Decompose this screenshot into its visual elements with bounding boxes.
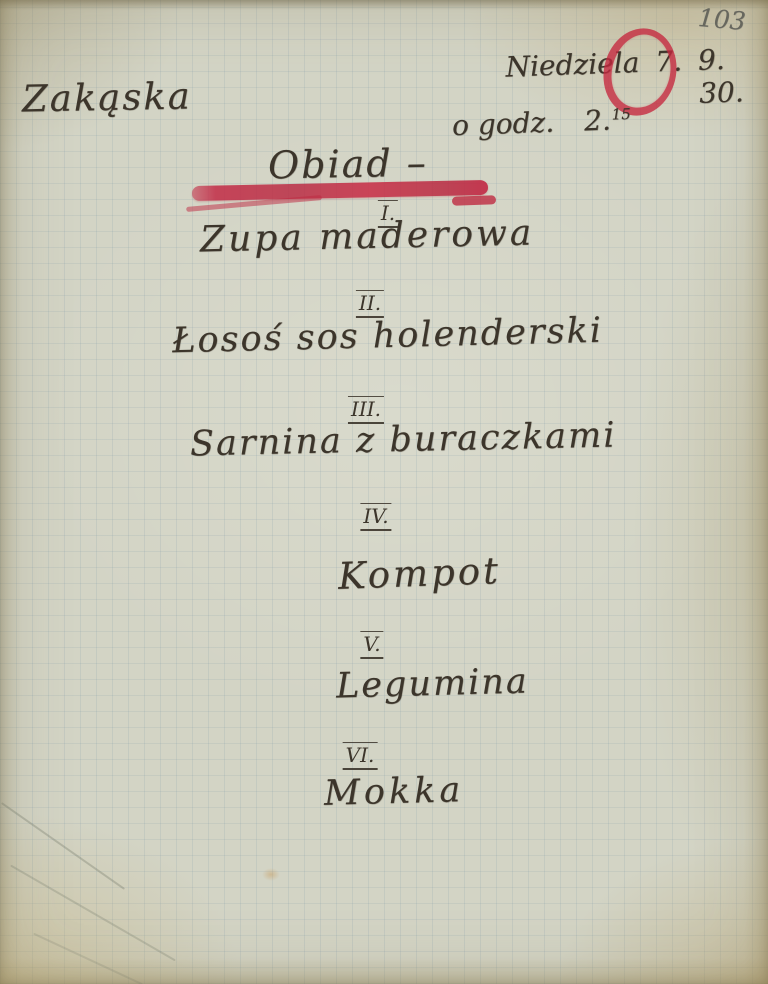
time-value: 2. <box>584 104 612 138</box>
paper-stain <box>262 868 280 881</box>
time-superscript: 15 <box>611 105 631 124</box>
course-dish-2: Łosoś sos holenderski <box>172 311 604 362</box>
course-dish-3: Sarnina z buraczkami <box>190 416 617 465</box>
date-rest: 9. 30. <box>697 41 768 109</box>
red-underline-end <box>452 195 496 206</box>
section-label-zakaska: Zakąska <box>22 75 192 121</box>
course-numeral-5: V. <box>360 631 383 659</box>
time-line: o godz. 2. 15 <box>451 103 631 142</box>
course-numeral-6: VI. <box>343 742 378 770</box>
course-dish-6: Mokka <box>324 770 465 814</box>
menu-title: Obiad – <box>268 141 428 188</box>
paper-crease <box>10 865 176 962</box>
handwritten-menu-page: 103 Niedziela 7. 9. 30. o godz. 2. 15 Za… <box>0 0 768 984</box>
course-dish-5: Legumina <box>336 661 530 706</box>
paper-crease <box>33 933 143 984</box>
course-numeral-4: IV. <box>360 503 391 531</box>
red-underline-annotation <box>192 180 488 201</box>
course-numeral-2: II. <box>356 290 384 318</box>
time-prefix: o godz. <box>451 106 554 143</box>
course-dish-1: Zupa maderowa <box>200 213 535 261</box>
course-dish-4: Kompot <box>337 549 501 598</box>
paper-crease <box>1 802 125 890</box>
page-number: 103 <box>697 3 747 36</box>
